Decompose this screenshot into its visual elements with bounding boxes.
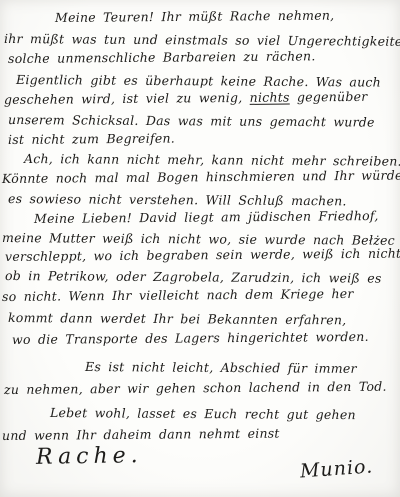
letter-line: ihr müßt was tun und einstmals so viel U… bbox=[4, 31, 400, 50]
letter-line: ob in Petrikow, oder Zagrobela, Zarudzin… bbox=[5, 268, 382, 287]
letter-line: und wenn Ihr daheim dann nehmt einst bbox=[2, 426, 280, 444]
letter-line: Meine Teuren! Ihr müßt Rache nehmen, bbox=[55, 8, 335, 26]
letter-line: Ach, ich kann nicht mehr, kann nicht meh… bbox=[24, 151, 400, 170]
letter-line: Eigentlich gibt es überhaupt keine Rache… bbox=[16, 72, 381, 91]
letter-line-with-underline: geschehen wird, ist viel zu wenig, nicht… bbox=[4, 89, 368, 108]
letter-line: Es ist nicht leicht, Abschied für immer bbox=[85, 359, 357, 377]
letter-line: Meine Lieben! David liegt am jüdischen F… bbox=[34, 208, 379, 227]
letter-line: ist nicht zum Begreifen. bbox=[8, 131, 175, 148]
letter-line: zu nehmen, aber wir gehen schon lachend … bbox=[4, 379, 387, 398]
letter-line: Lebet wohl, lasset es Euch recht gut geh… bbox=[50, 405, 356, 423]
letter-line: solche unmenschliche Barbareien zu räche… bbox=[8, 48, 316, 67]
scanned-letter-page: Meine Teuren! Ihr müßt Rache nehmen, ihr… bbox=[0, 0, 400, 497]
letter-line-segment: gegenüber bbox=[290, 89, 368, 105]
signature: Munio. bbox=[299, 455, 374, 482]
letter-line: kommt dann werdet Ihr bei Bekannten erfa… bbox=[8, 310, 347, 328]
letter-line: unserem Schicksal. Das was mit uns gemac… bbox=[8, 112, 375, 131]
letter-line: verschleppt, wo ich begraben sein werde,… bbox=[5, 246, 400, 265]
letter-line: Könnte noch mal mal Bogen hinschmieren u… bbox=[2, 167, 400, 187]
closing-word-rache: Rache. bbox=[36, 443, 143, 470]
letter-line: wo die Transporte des Lagers hingerichte… bbox=[12, 329, 369, 348]
letter-line: es sowieso nicht verstehen. Will Schluß … bbox=[8, 191, 347, 209]
letter-line: so nicht. Wenn Ihr vielleicht nach dem K… bbox=[2, 286, 354, 305]
underlined-word-nichts: nichts bbox=[250, 90, 290, 105]
letter-line-segment: geschehen wird, ist viel zu wenig, bbox=[4, 90, 250, 107]
